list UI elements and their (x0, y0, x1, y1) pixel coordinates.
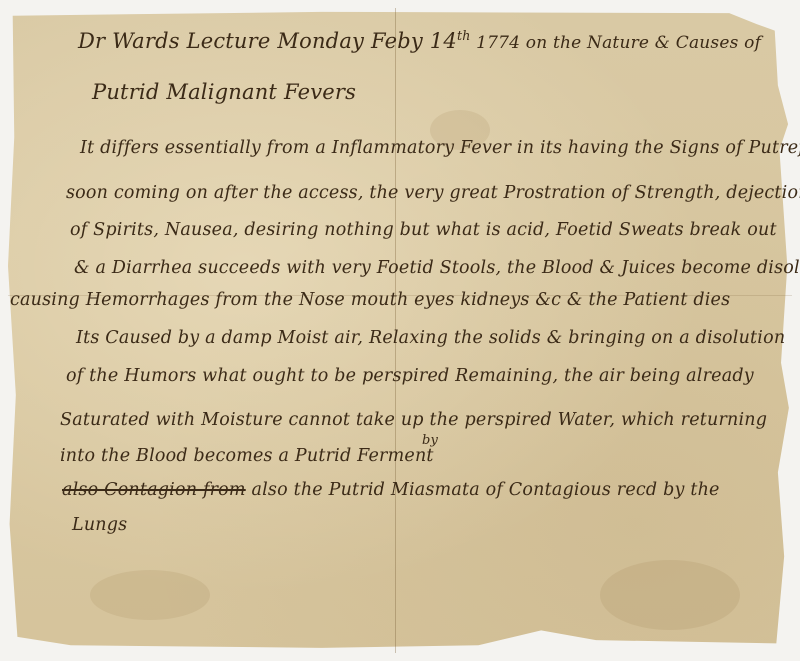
paragraph-1-line-2: soon coming on after the access, the ver… (66, 183, 800, 203)
heading-line-2: Putrid Malignant Fevers (92, 80, 356, 104)
paragraph-3-line-1: also Contagion from also the Putrid Mias… (62, 480, 720, 500)
paragraph-2-line-3: Saturated with Moisture cannot take up t… (60, 410, 767, 430)
paper-stain (90, 570, 210, 620)
heading-title: Dr Wards Lecture Monday Feby 14 (78, 29, 457, 53)
paragraph-1-line-5: causing Hemorrhages from the Nose mouth … (10, 290, 730, 310)
struck-through-text: also Contagion from (62, 480, 246, 500)
paragraph-2-line-1: Its Caused by a damp Moist air, Relaxing… (76, 328, 785, 348)
paragraph-1-line-1: It differs essentially from a Inflammato… (80, 138, 800, 158)
paragraph-2-line-2: of the Humors what ought to be perspired… (66, 366, 754, 386)
paper-stain (600, 560, 740, 630)
heading-line-1: Dr Wards Lecture Monday Feby 14th 1774 o… (78, 28, 761, 53)
heading-date-superscript: th (457, 28, 471, 43)
paragraph-3-text: also the Putrid Miasmata of Contagious r… (251, 480, 719, 500)
heading-topic: 1774 on the Nature & Causes of (471, 33, 762, 53)
paragraph-1-line-3: of Spirits, Nausea, desiring nothing but… (70, 220, 777, 240)
paragraph-1-line-4: & a Diarrhea succeeds with very Foetid S… (74, 258, 800, 278)
manuscript-scan: Dr Wards Lecture Monday Feby 14th 1774 o… (0, 0, 800, 661)
paragraph-3-line-2: Lungs (72, 515, 127, 535)
paragraph-2-line-4: into the Blood becomes a Putrid Ferment (60, 446, 434, 466)
